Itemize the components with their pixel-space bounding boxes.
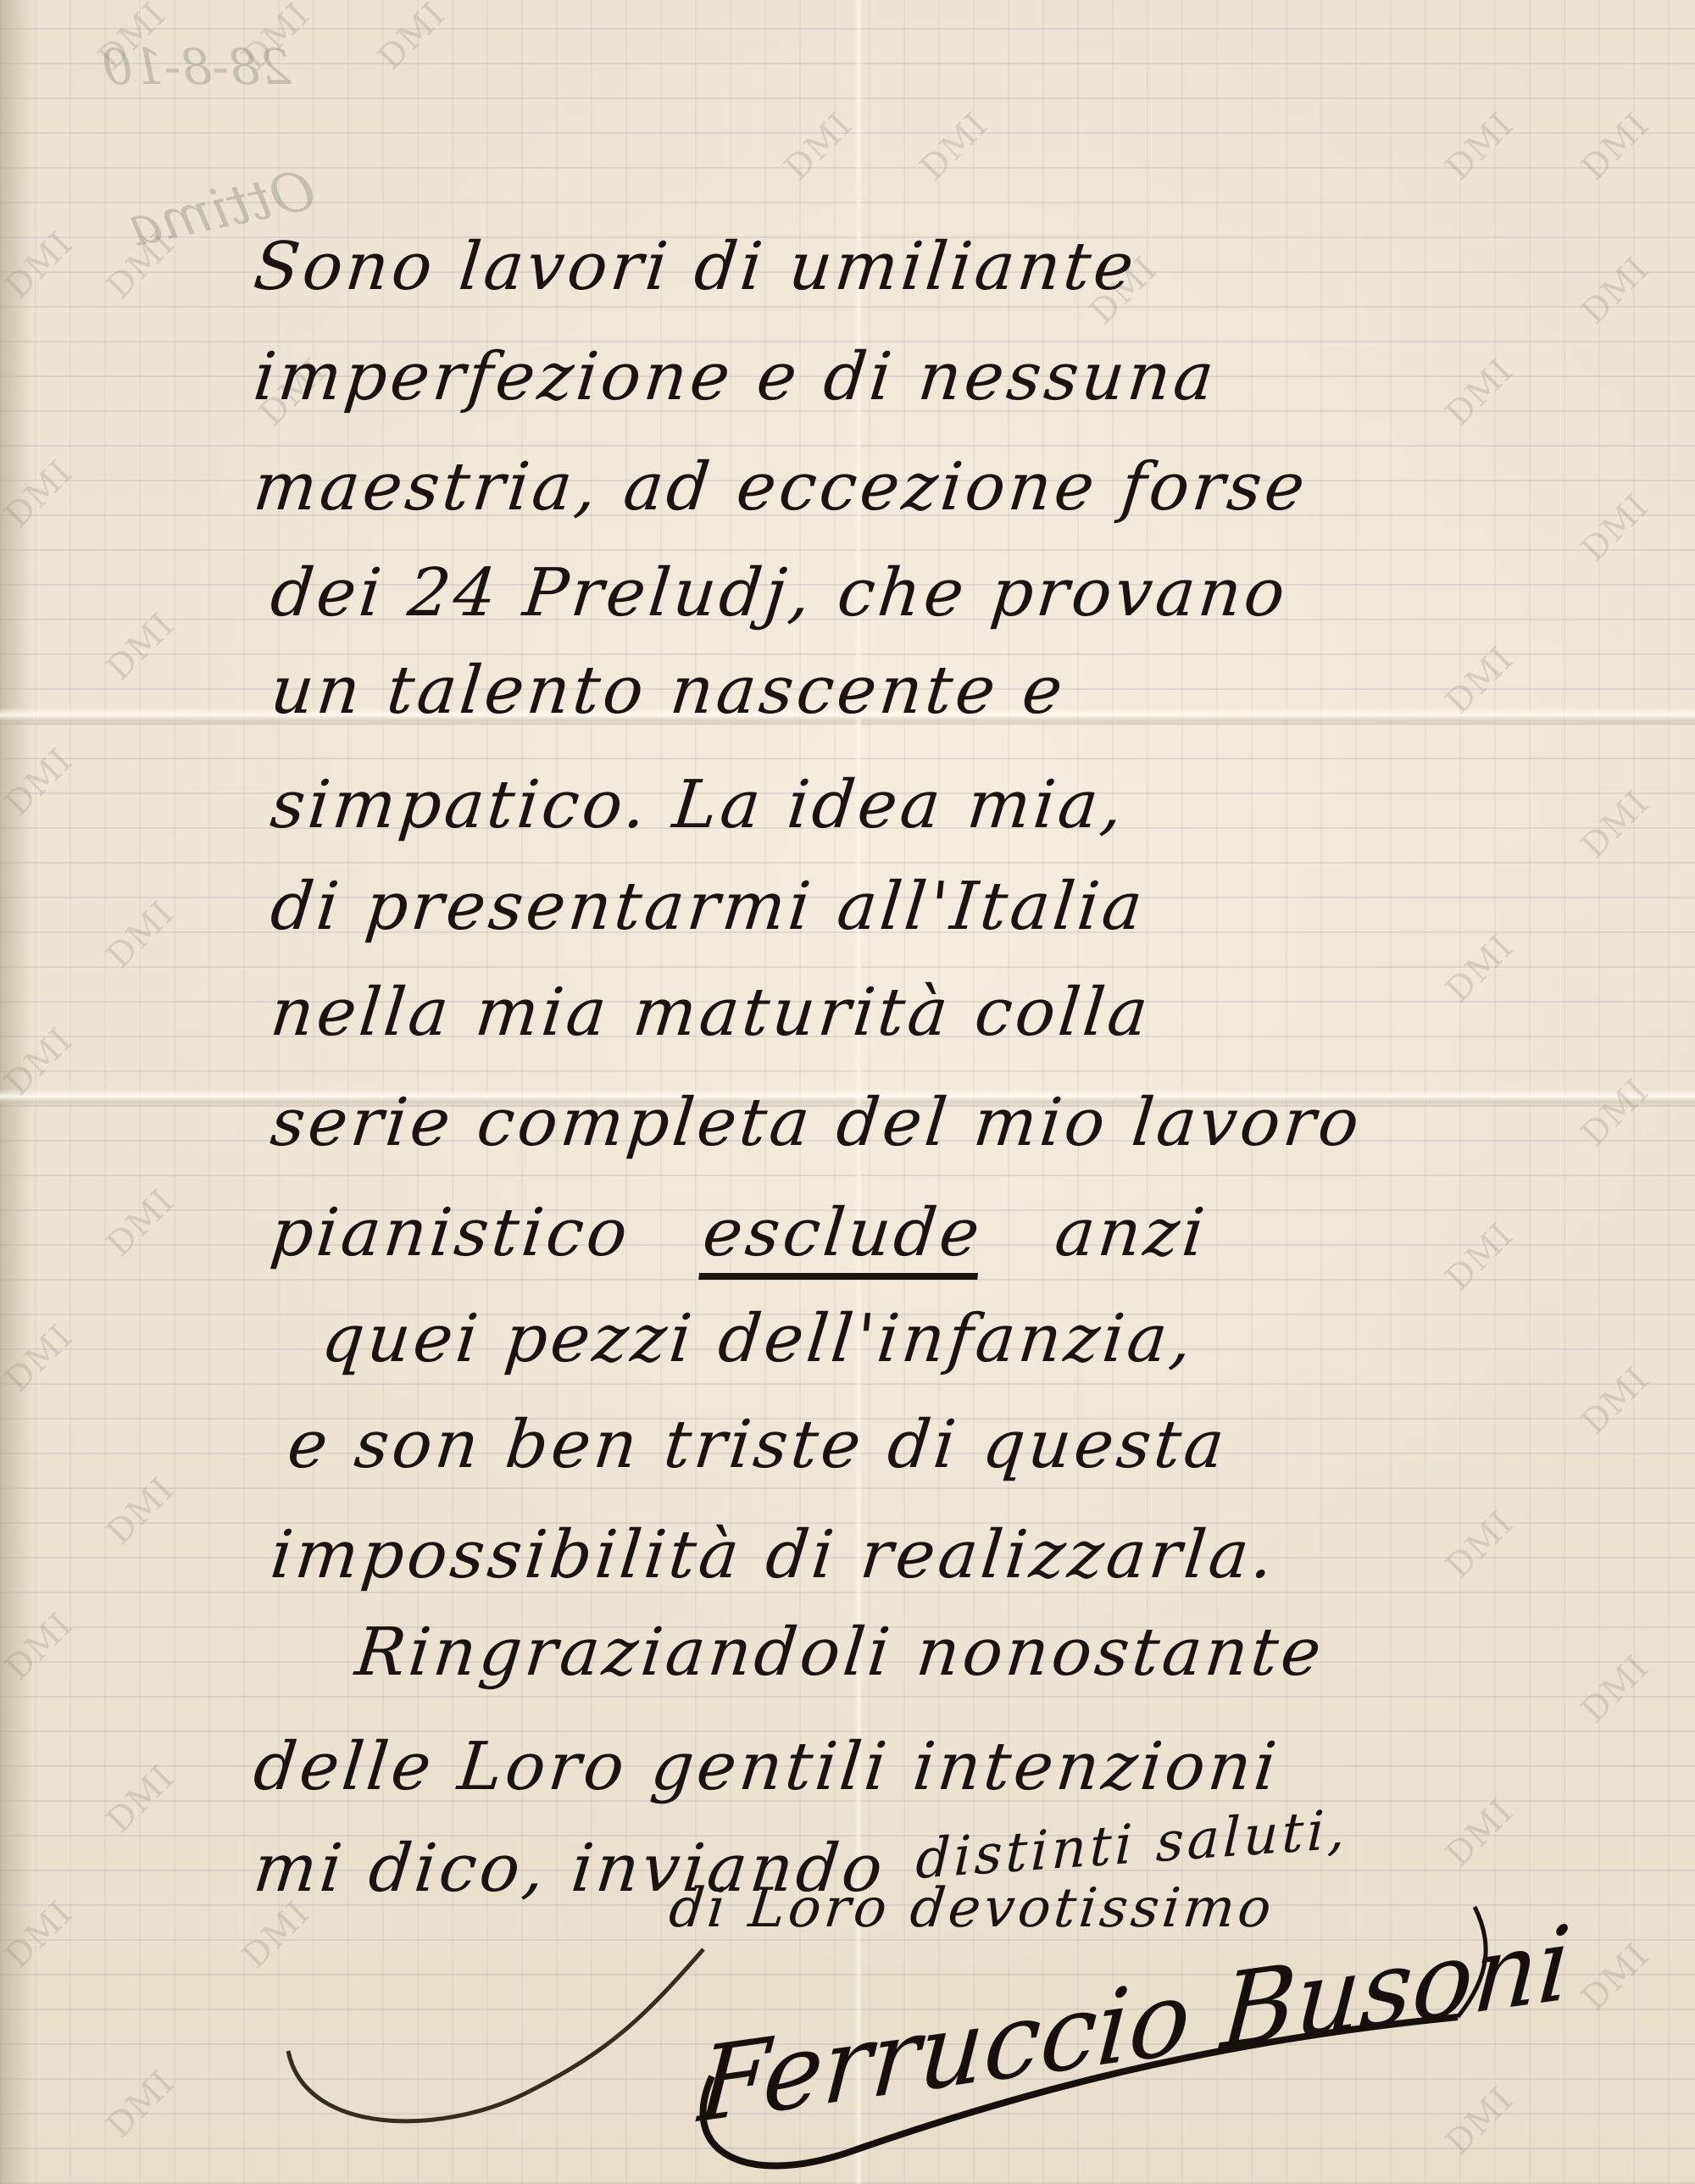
letter-page: DMI DMI DMI DMI DMI DMI DMI DMI DMI DMI … bbox=[0, 0, 1695, 2184]
signature-flourish bbox=[0, 0, 1695, 2184]
letter-body: Sono lavori di umiliante imperfezione e … bbox=[0, 0, 1695, 2184]
